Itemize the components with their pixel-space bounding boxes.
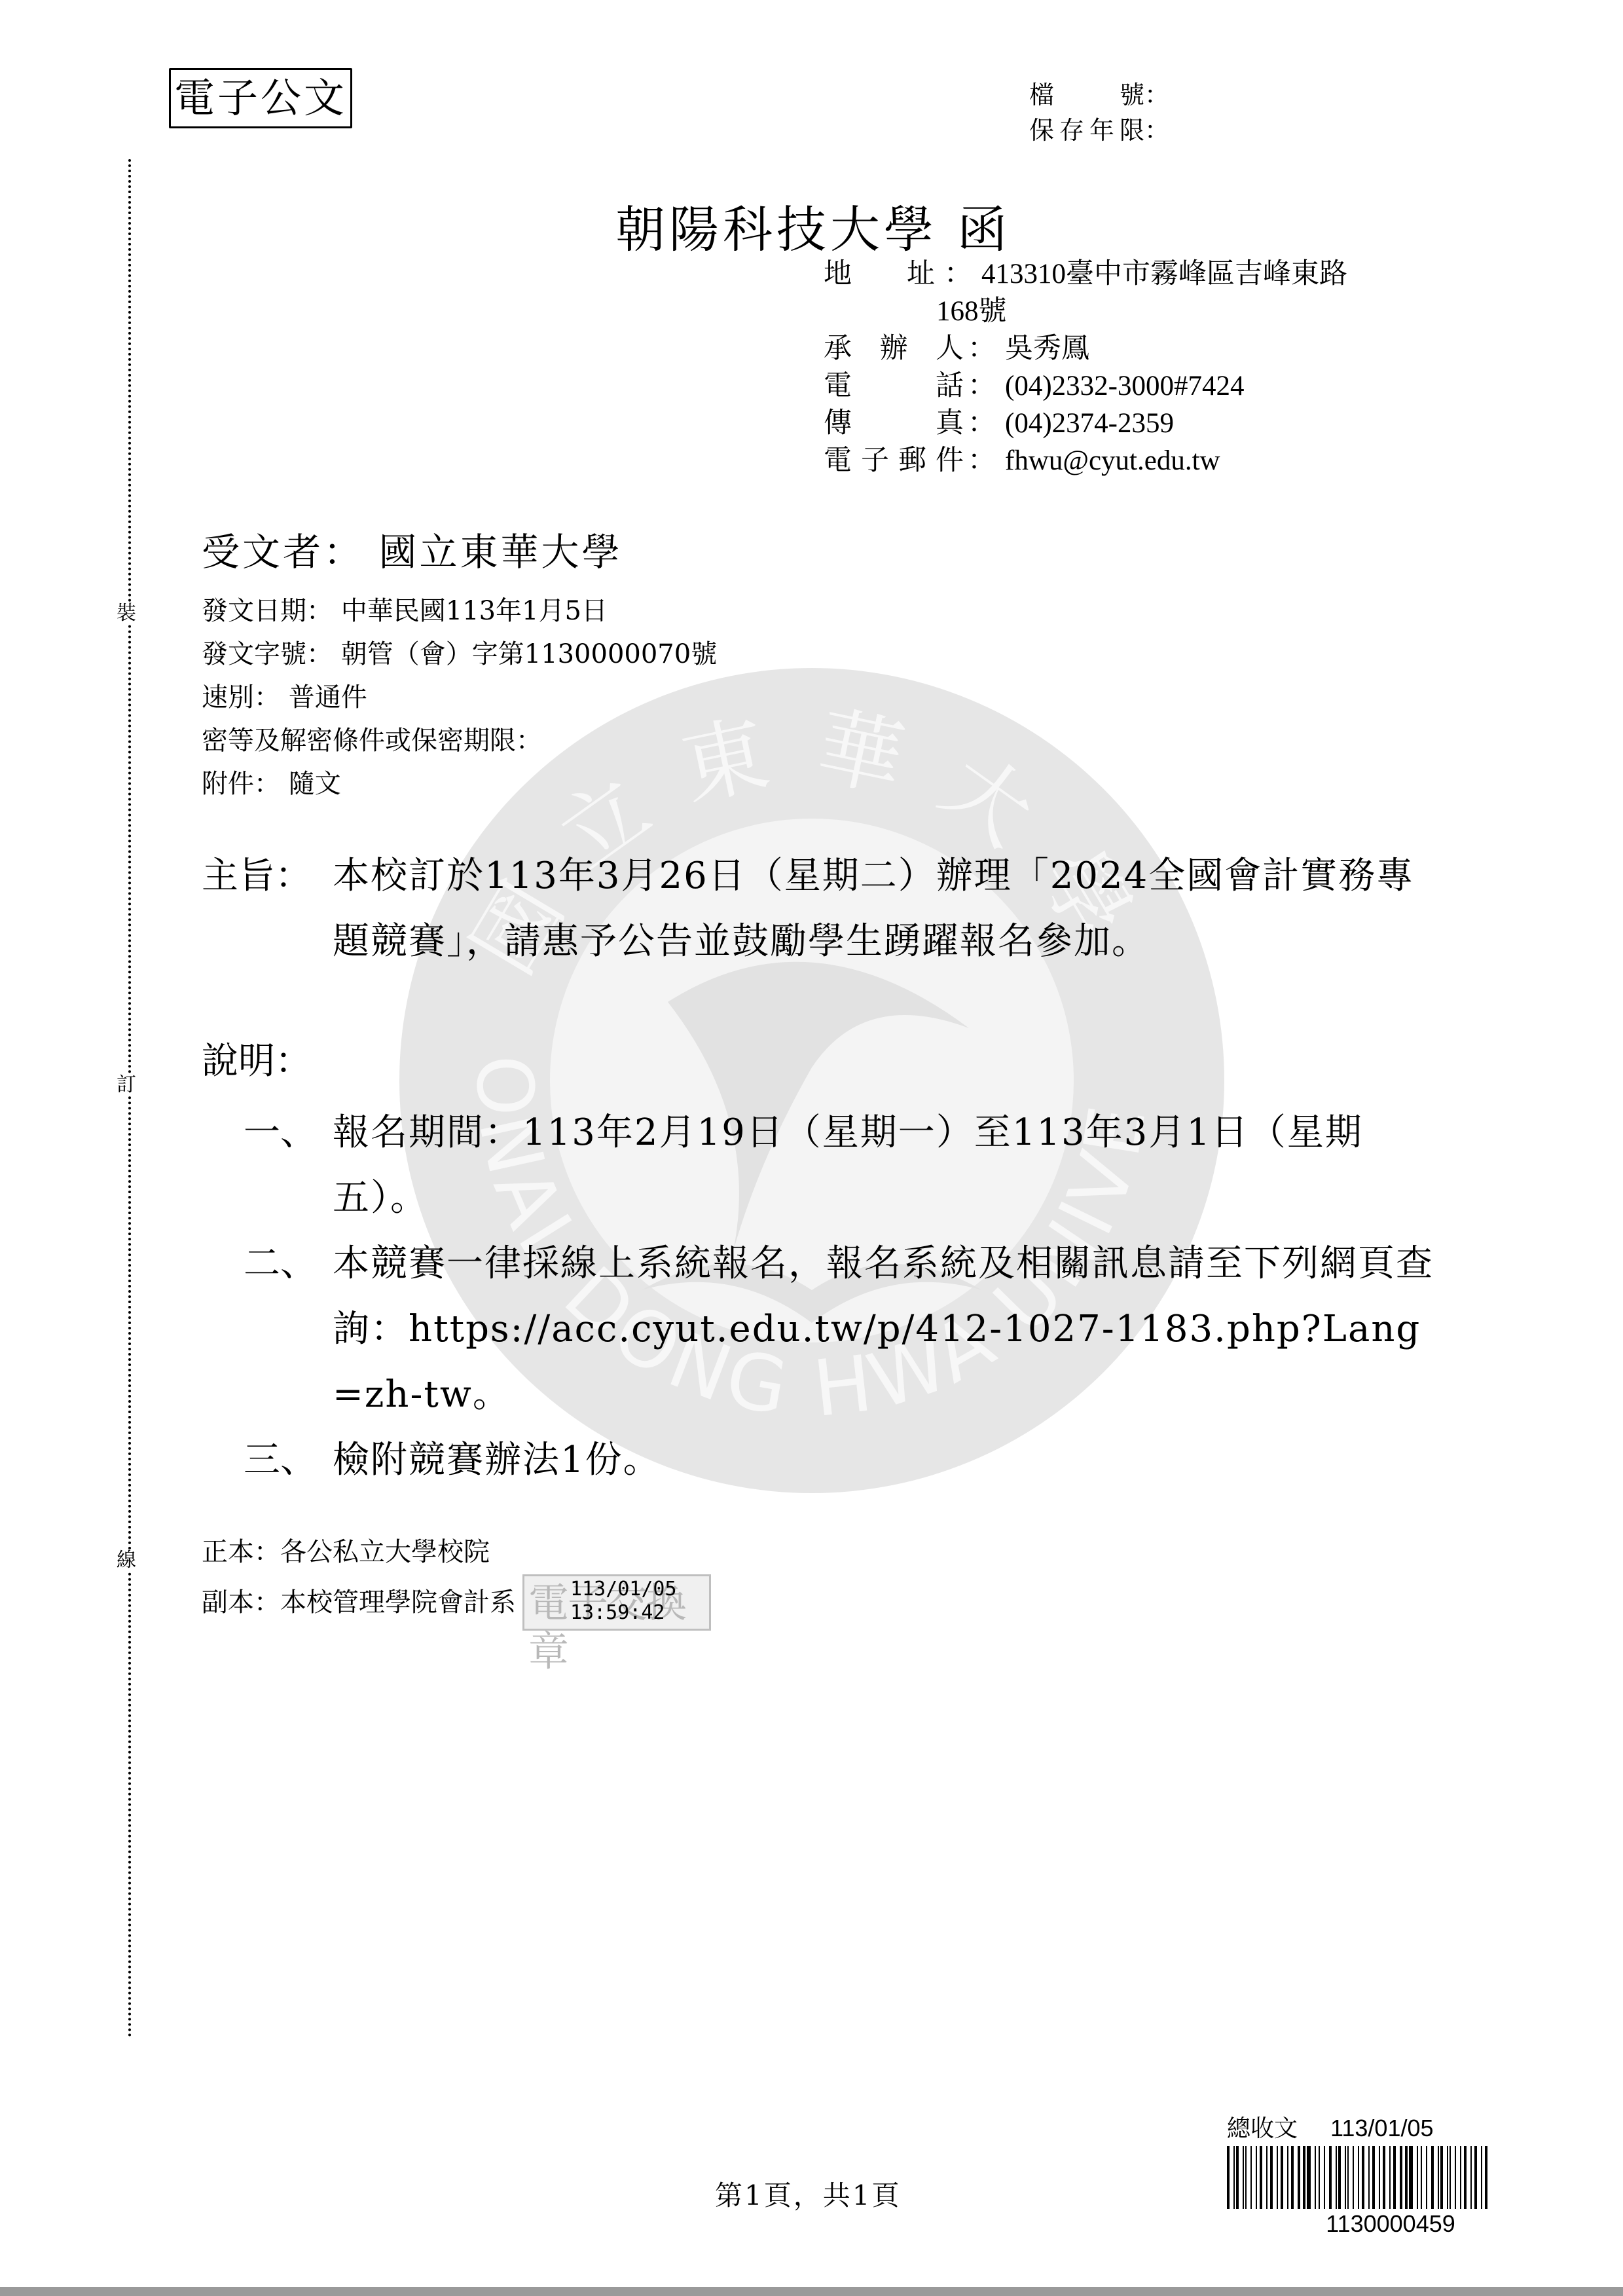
phone-row: 電 話 ： (04)2332-3000#7424: [824, 367, 1347, 405]
binding-char-ding: 訂: [117, 1074, 136, 1096]
explanation-label: 說明：: [202, 1032, 312, 1084]
electronic-exchange-seal: 電子交換章 113/01/05 13:59:42: [522, 1574, 711, 1631]
speed-class: 速別： 普通件: [202, 676, 717, 719]
issue-date: 發文日期： 中華民國113年1月5日: [202, 589, 717, 633]
address-continued: 168號: [824, 293, 1347, 330]
barcode-icon: [1227, 2146, 1554, 2209]
contact-block: 地 址 ： 413310臺中市霧峰區吉峰東路 168號 承 辦 人 ： 吳秀鳳 …: [824, 255, 1347, 479]
explanation-item: 二、 本競賽一律採線上系統報名，報名系統及相關訊息請至下列網頁查詢：https:…: [244, 1231, 1439, 1428]
subject-label: 主旨：: [202, 843, 312, 909]
original-recipients: 正本：各公私立大學校院: [202, 1530, 711, 1574]
recipient-label: 受文者：: [202, 530, 364, 574]
recipient-line: 受文者： 國立東華大學: [202, 521, 622, 576]
subject-text: 本校訂於113年3月26日（星期二）辦理「2024全國會計實務專題競賽」，請惠予…: [333, 843, 1432, 974]
fax-value: (04)2374-2359: [1005, 405, 1174, 442]
attachment: 附件： 隨文: [202, 762, 717, 805]
email-row: 電 子 郵 件 ： fhwu@cyut.edu.tw: [824, 442, 1347, 479]
file-number-row: 檔 號 ：: [1029, 77, 1169, 113]
seal-date: 113/01/05: [570, 1578, 677, 1601]
receipt-label: 總收文: [1227, 2115, 1298, 2141]
fax-row: 傳 真 ： (04)2374-2359: [824, 405, 1347, 442]
binding-dotted-line: [128, 159, 131, 2039]
recipient-value: 國立東華大學: [378, 530, 622, 574]
email-link[interactable]: fhwu@cyut.edu.tw: [1005, 442, 1220, 479]
cc-recipients: 副本：本校管理學院會計系: [202, 1580, 516, 1625]
barcode-number: 1130000459: [1227, 2210, 1554, 2238]
handler-row: 承 辦 人 ： 吳秀鳳: [824, 330, 1347, 367]
receipt-date: 113/01/05: [1330, 2115, 1433, 2141]
document-meta: 發文日期： 中華民國113年1月5日 發文字號： 朝管（會）字第11300000…: [202, 589, 717, 805]
document-title: 朝陽科技大學 函: [615, 190, 1011, 261]
distribution-list: 正本：各公私立大學校院 副本：本校管理學院會計系 電子交換章 113/01/05…: [202, 1530, 711, 1631]
address-row: 地 址 ： 413310臺中市霧峰區吉峰東路: [824, 255, 1347, 293]
classification: 密等及解密條件或保密期限：: [202, 719, 717, 762]
handler-name: 吳秀鳳: [1005, 330, 1089, 367]
electronic-document-stamp: 電子公文: [169, 68, 352, 128]
retention-period-row: 保 存 年 限 ：: [1029, 113, 1169, 148]
explanation-list: 一、 報名期間：113年2月19日（星期一）至113年3月1日（星期五）。 二、…: [244, 1100, 1439, 1493]
phone-value: (04)2332-3000#7424: [1005, 367, 1244, 405]
file-info: 檔 號 ： 保 存 年 限 ：: [1029, 77, 1169, 148]
seal-time: 13:59:42: [570, 1601, 677, 1625]
receipt-stamp: 總收文 113/01/05 1130000459: [1227, 2110, 1554, 2238]
document-number: 發文字號： 朝管（會）字第1130000070號: [202, 633, 717, 676]
page-edge: [0, 2287, 1623, 2296]
binding-char-xian: 線: [117, 1549, 136, 1572]
explanation-item: 三、 檢附競賽辦法1份。: [244, 1428, 1439, 1493]
registration-url-text[interactable]: 本競賽一律採線上系統報名，報名系統及相關訊息請至下列網頁查詢：https://a…: [333, 1231, 1439, 1428]
explanation-item: 一、 報名期間：113年2月19日（星期一）至113年3月1日（星期五）。: [244, 1100, 1439, 1231]
binding-char-zhuang: 裝: [117, 602, 136, 625]
address-value: 413310臺中市霧峰區吉峰東路: [981, 255, 1347, 293]
page-number: 第1頁，共1頁: [715, 2174, 901, 2213]
